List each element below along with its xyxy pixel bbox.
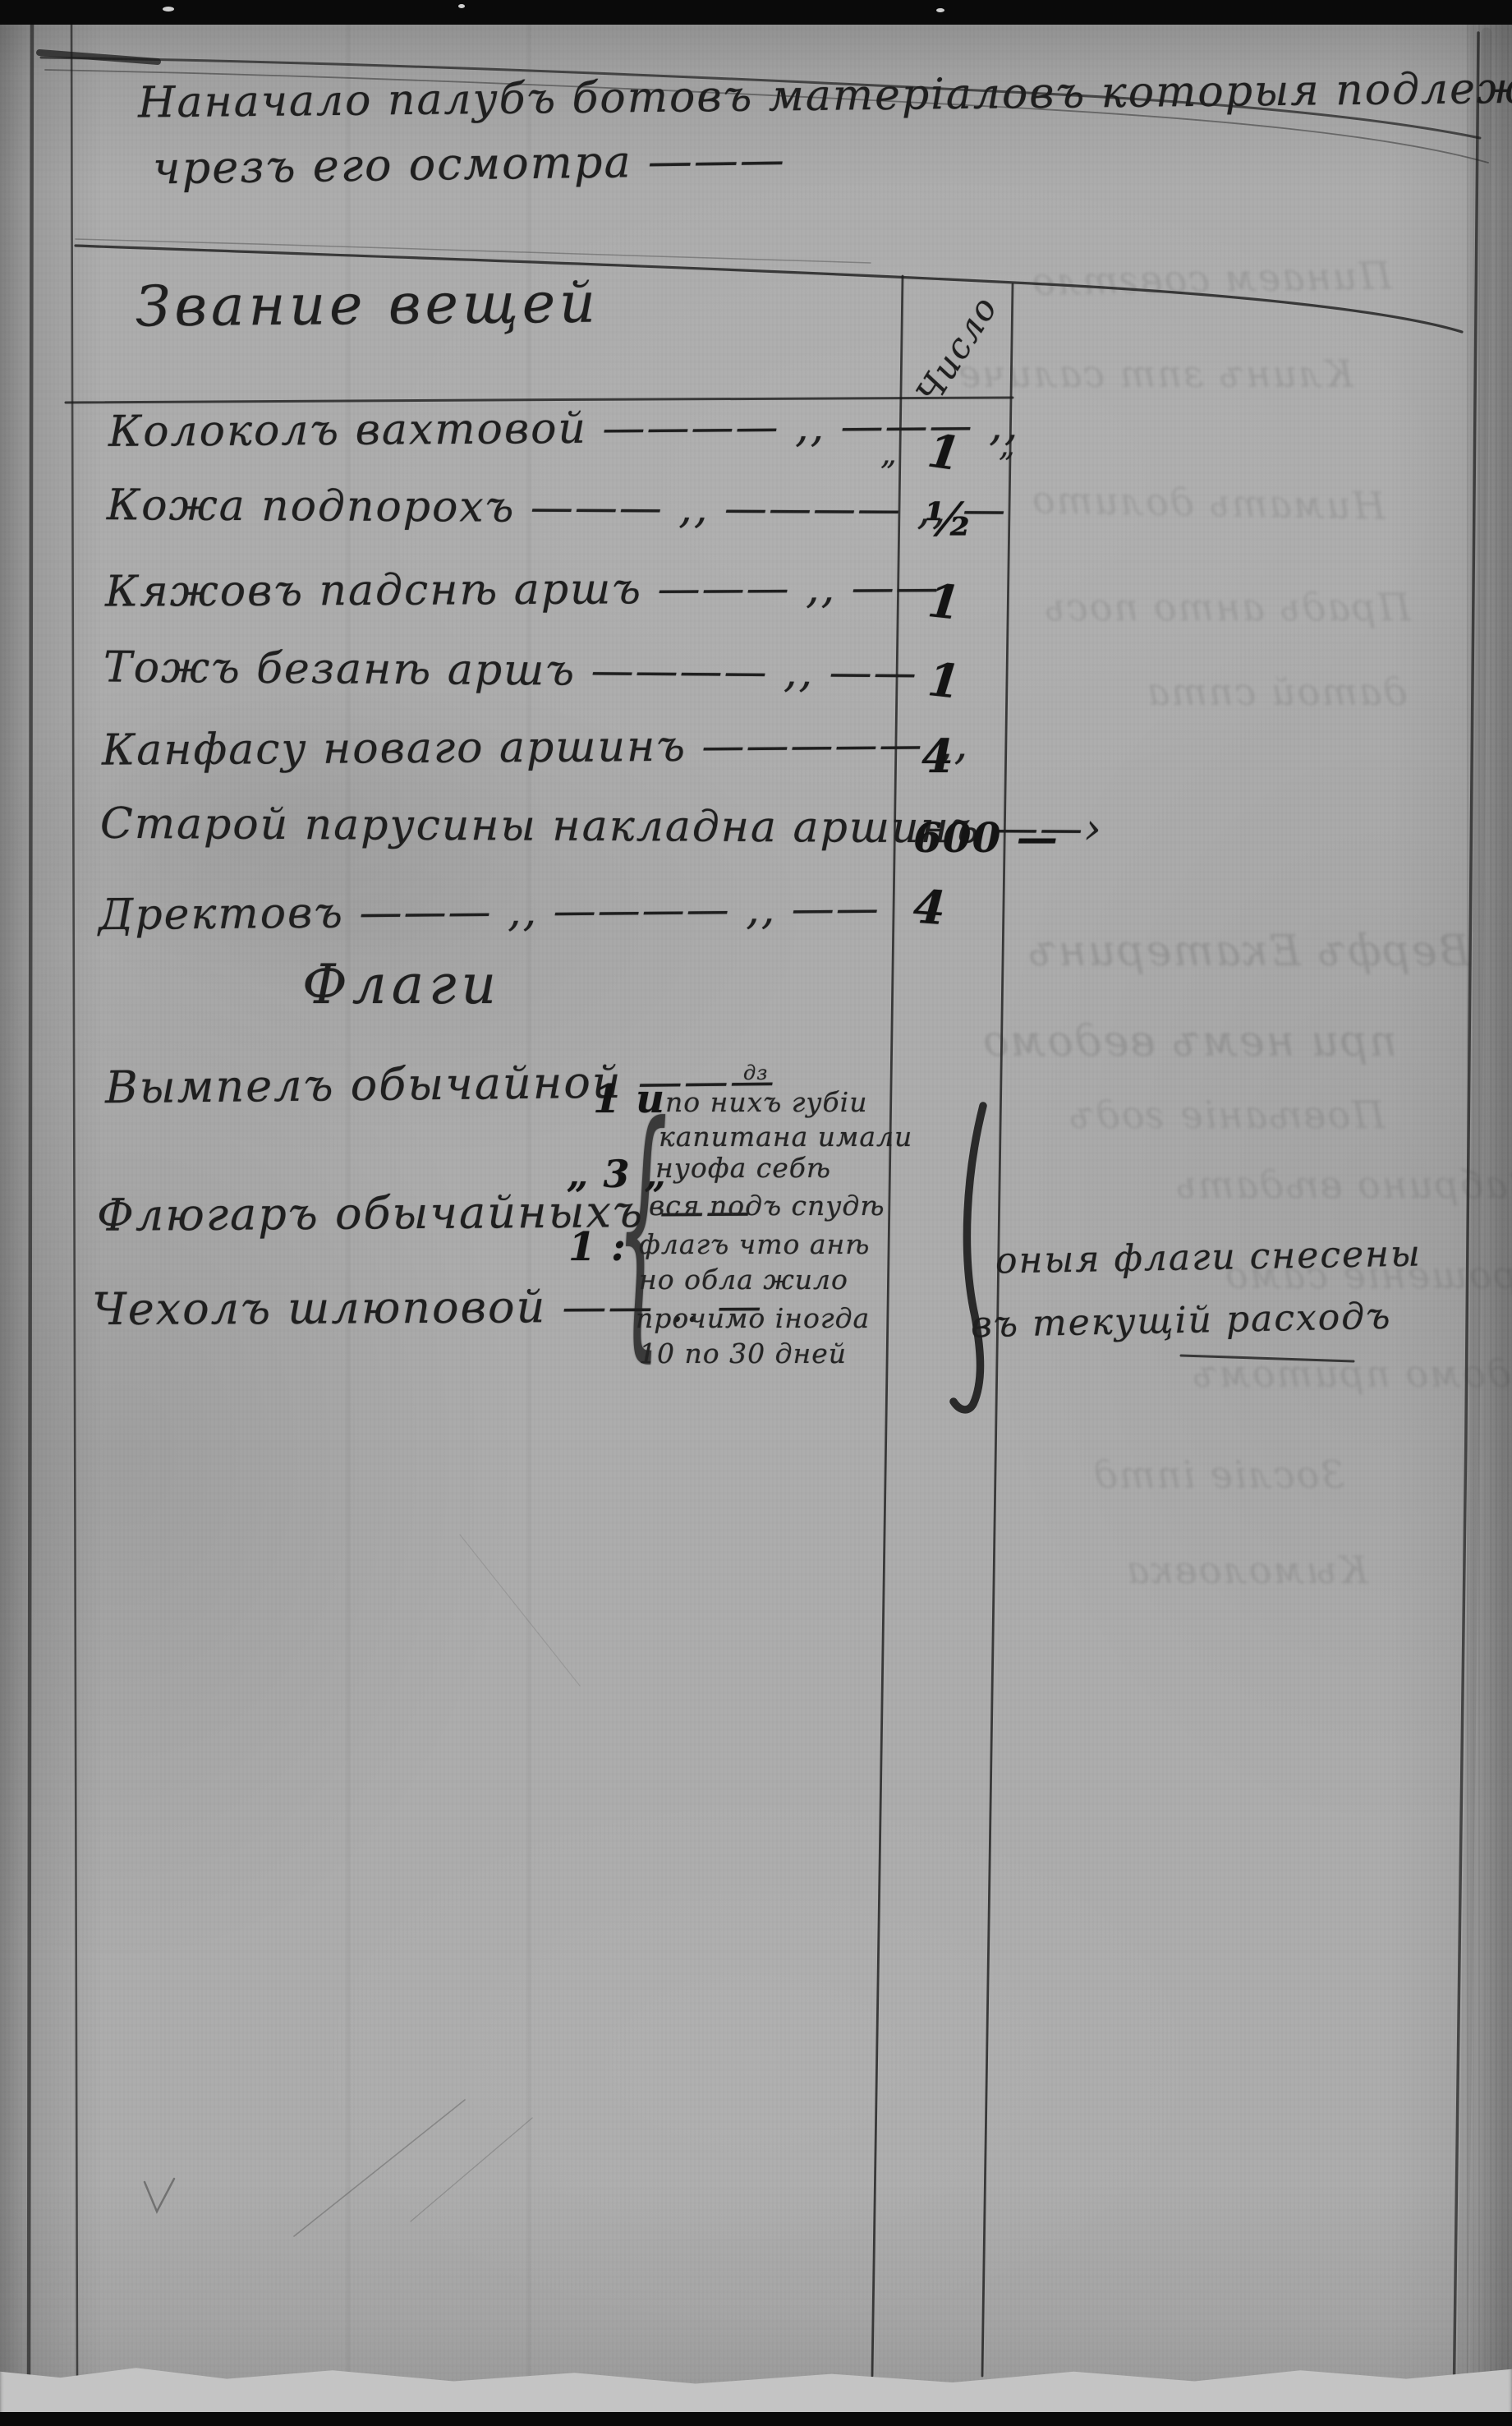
bleedthrough-line: Клинъ зпт саличе <box>957 352 1353 396</box>
margin-note-line: флагъ что анѣ <box>639 1228 870 1260</box>
bleedthrough-line: Нимать долито <box>1031 477 1386 528</box>
margin-note-line: но обла жило <box>639 1264 848 1296</box>
bleedthrough-line: Пинаем совгтло <box>1031 253 1392 304</box>
item-row-value: 1 <box>926 573 964 631</box>
section-title-flags: Флаги <box>302 953 501 1016</box>
top-left-thick-dash <box>39 53 158 62</box>
bleedthrough-line: Забрино вѣдать <box>1174 1162 1512 1207</box>
paper-crease <box>345 0 352 2426</box>
margin-note-line: прочимо іногда <box>636 1302 870 1334</box>
scratch-line-1 <box>294 2100 465 2236</box>
item-row-value: 1 <box>926 652 964 710</box>
left-margin-line <box>71 7 77 2384</box>
ditto-mark: „ <box>880 435 898 472</box>
right-margin-texture <box>1467 0 1512 2426</box>
bleedthrough-line: Прадь анто пось <box>1043 585 1411 629</box>
item-row-text: Канфасу новаго аршинъ ————— ,, <box>102 720 969 775</box>
scratch-line-3 <box>460 1535 580 1686</box>
left-page-edge-line <box>29 18 32 2381</box>
bleedthrough-line: Повѣаніе годъ <box>1068 1093 1385 1137</box>
pencil-checkmark <box>145 2179 174 2212</box>
ditto-mark: „ <box>999 427 1017 463</box>
side-note-line2: въ текущій расходъ <box>971 1296 1392 1346</box>
scratch-line-2 <box>411 2118 532 2221</box>
item-row-value: 4 <box>921 730 954 784</box>
bleedthrough-line: датой спта <box>1146 670 1408 714</box>
margin-note-line: по нихъ губіи <box>665 1086 867 1118</box>
item-row-text: Кожа подпорохъ ——— ,, ———— ,, — <box>107 481 1007 535</box>
bleedthrough-line: при немъ ведомо <box>981 1017 1397 1066</box>
manuscript-page: Пинаем совгтло Клинъ зпт саличе Нимать д… <box>0 0 1512 2426</box>
scan-border-top <box>0 0 1512 25</box>
margin-note-line: вся подъ спудѣ <box>649 1190 885 1222</box>
item-row-value: ½ <box>925 493 973 547</box>
side-note-line1: оныя флаги снесены <box>995 1232 1422 1282</box>
margin-note-line: нуофа себѣ <box>655 1152 831 1184</box>
page-header-line2: чрезъ его осмотра ——— <box>153 134 787 195</box>
paper-crease <box>526 0 532 2426</box>
bleedthrough-line: ведомо притомъ <box>1191 1351 1512 1396</box>
margin-note-line: 10 по 30 дней <box>639 1337 847 1370</box>
item-row-value: 4 <box>912 880 948 937</box>
scan-border-bottom <box>0 2412 1512 2426</box>
scan-speck <box>458 4 465 8</box>
item-row-value: 600 — <box>913 813 1059 862</box>
margin-note-line: капитана имали <box>659 1121 912 1153</box>
margin-note-superscript: дз <box>743 1061 768 1084</box>
item-row-text: Дректовъ ——— ,, ———— ,, —— <box>99 884 880 940</box>
bleedthrough-line: Кымоловка <box>1125 1548 1368 1592</box>
scan-speck <box>163 7 174 12</box>
bleedthrough-line: Верфъ Екатеринъ <box>1027 927 1470 976</box>
bleedthrough-line: Зосліе іптд <box>1092 1452 1344 1497</box>
scan-speck <box>936 8 944 12</box>
margin-big-bracket <box>954 1106 983 1410</box>
item-row-text: Тожъ безанѣ аршъ ———— ,, —— <box>103 643 918 698</box>
item-row-text: Кяжовъ падснѣ аршъ ——— ,, —— <box>105 563 940 616</box>
